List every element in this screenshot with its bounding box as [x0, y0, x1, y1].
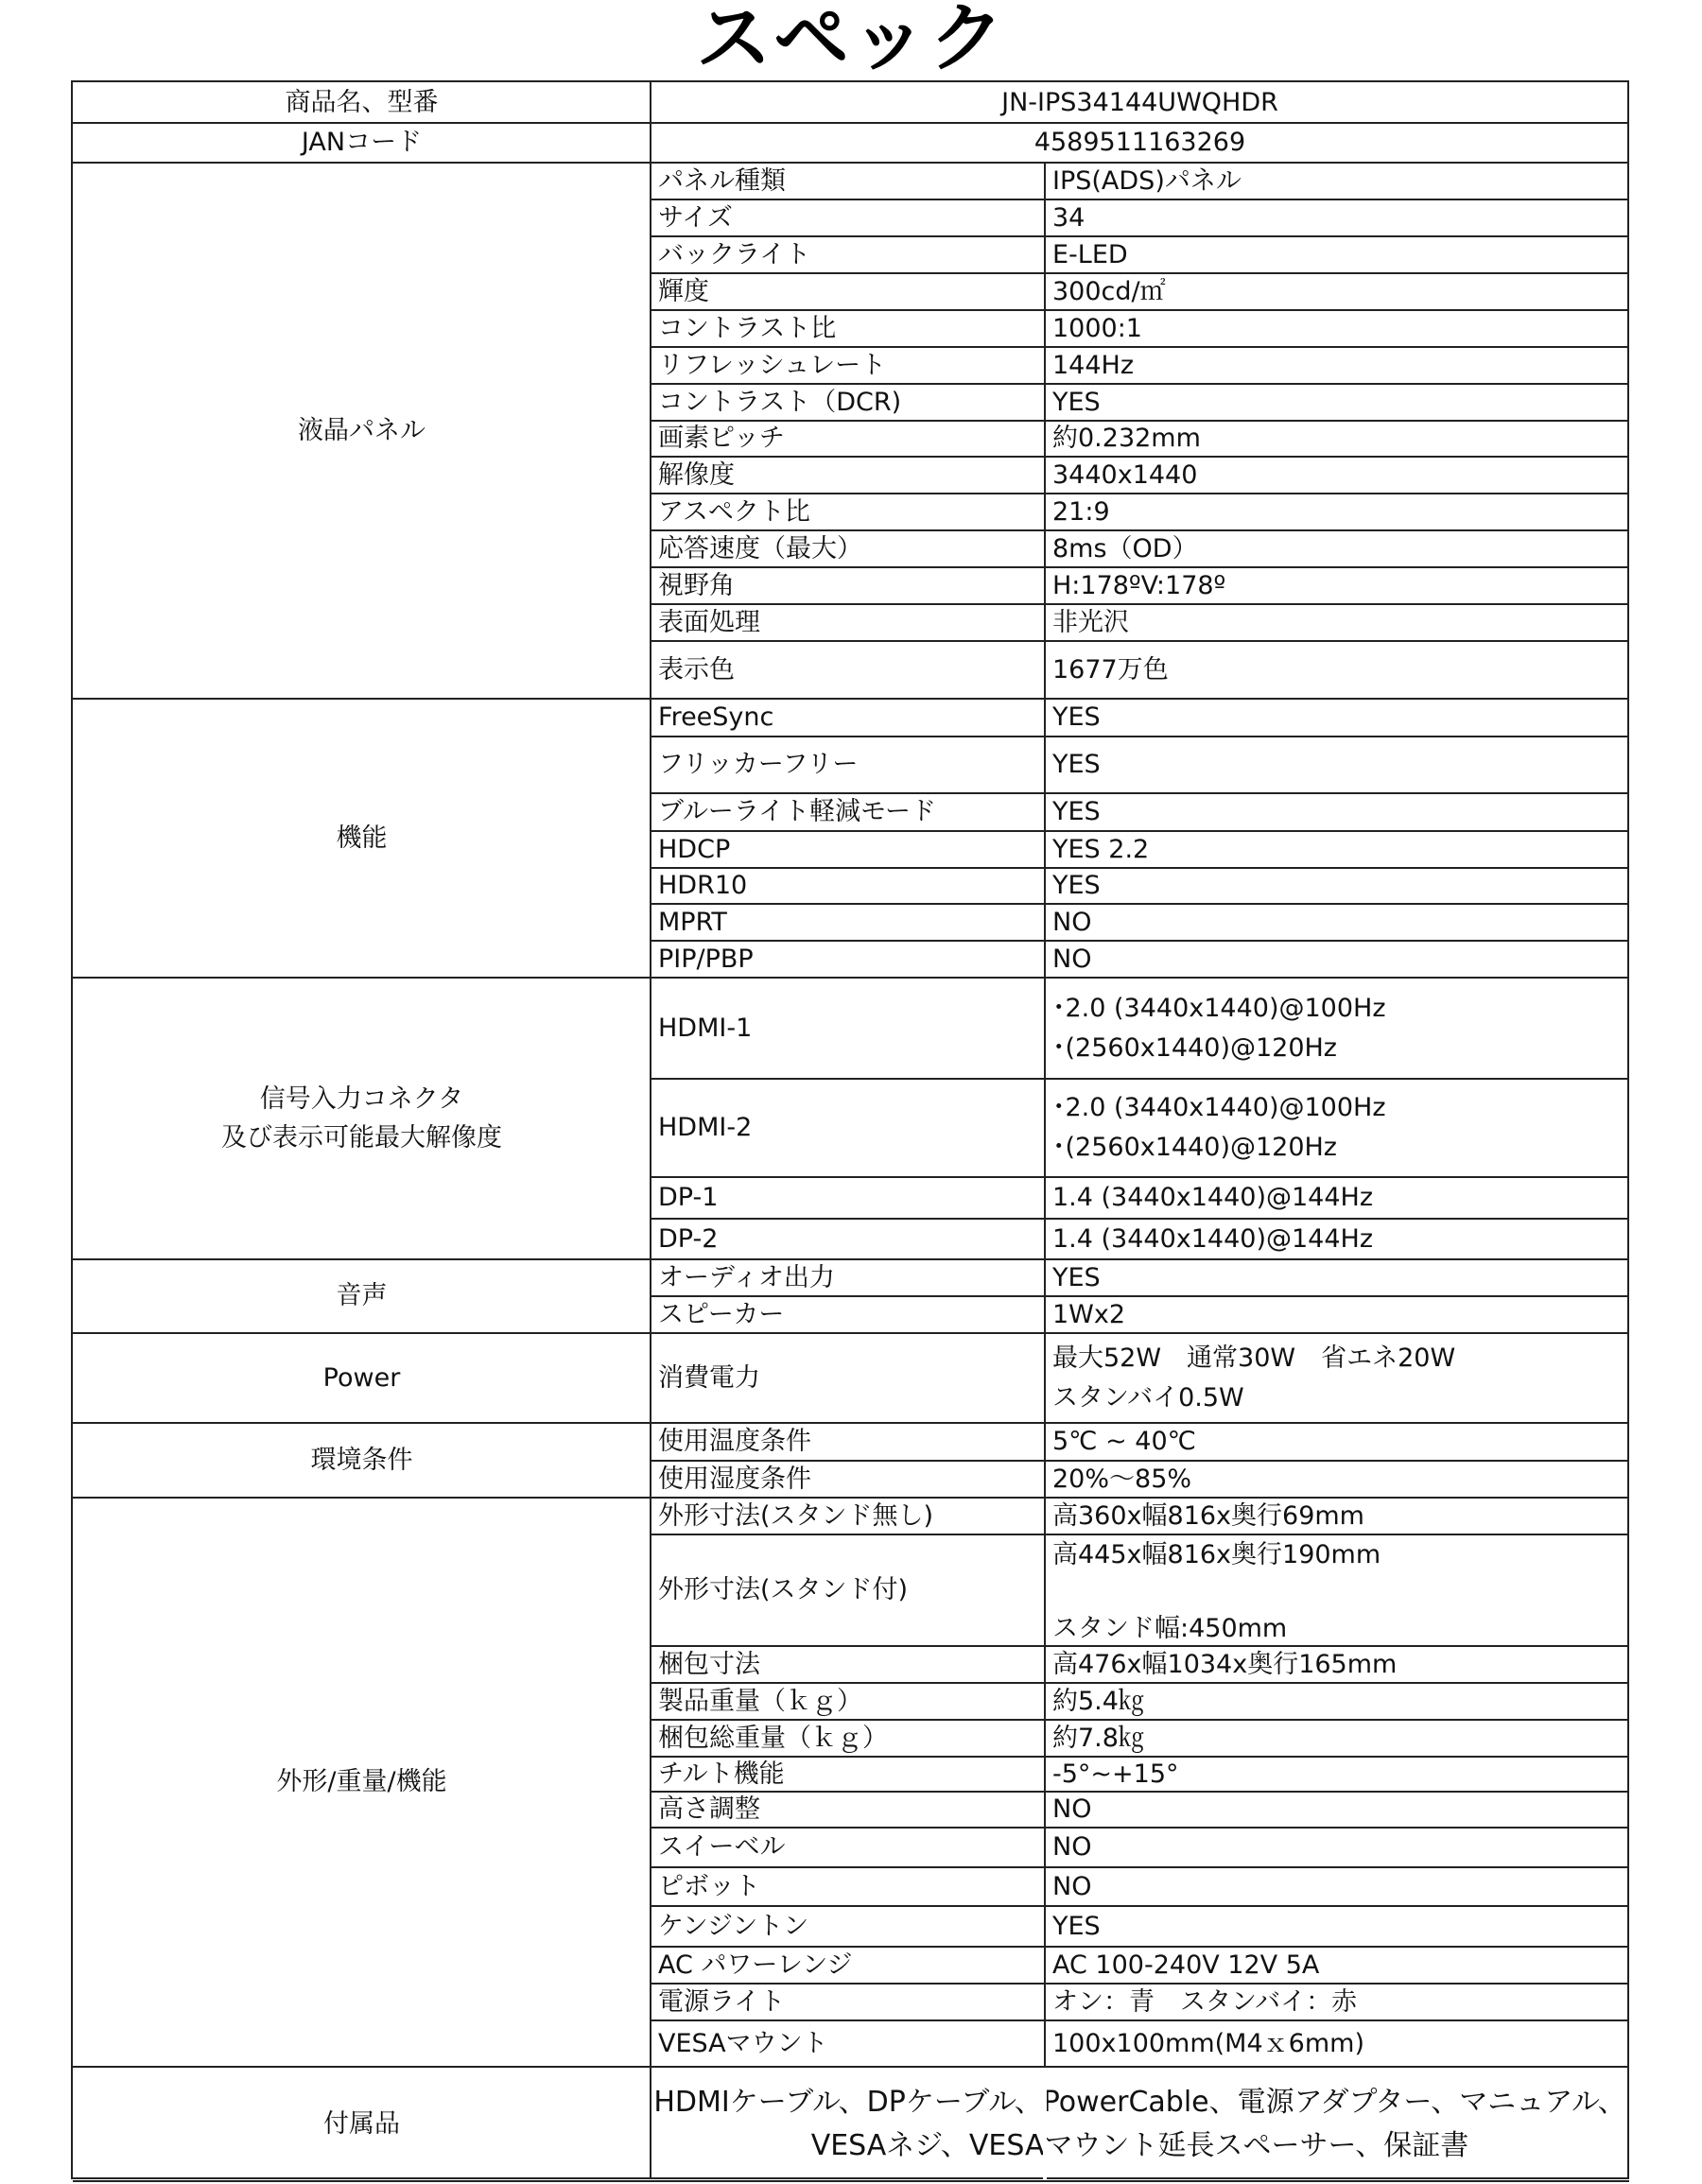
group-lcd-panel-label: 液晶パネル	[73, 163, 651, 699]
spec-value: 1677万色	[1045, 641, 1629, 699]
spec-label: 表面処理	[651, 604, 1045, 641]
spec-value: YES	[1045, 1259, 1629, 1296]
header-value-model: JN-IPS34144UWQHDR	[651, 82, 1629, 123]
spec-value-line: 高445x幅816x奥行190mm	[1052, 1538, 1381, 1572]
spec-value: E-LED	[1045, 236, 1629, 273]
spec-label: ブルーライト軽減モード	[651, 793, 1045, 831]
spec-label: 製品重量（ｋｇ）	[651, 1683, 1045, 1720]
spec-value: 1.4 (3440x1440)@144Hz	[1045, 1177, 1629, 1219]
group-accessories-label: 付属品	[73, 2067, 651, 2181]
spec-label: スピーカー	[651, 1296, 1045, 1333]
spec-label: DP-2	[651, 1219, 1045, 1259]
group-power-label: Power	[73, 1333, 651, 1423]
spec-label: 解像度	[651, 457, 1045, 494]
spec-value: H:178ºV:178º	[1045, 567, 1629, 604]
spec-label: 画素ピッチ	[651, 421, 1045, 457]
spec-value: AC 100-240V 12V 5A	[1045, 1947, 1629, 1984]
spec-label: サイズ	[651, 199, 1045, 236]
spec-label: HDR10	[651, 868, 1045, 904]
spec-value-line: ･2.0 (3440x1440)@100Hz	[1052, 1088, 1386, 1128]
group-features-label: 機能	[73, 699, 651, 978]
header-value-jan: 4589511163269	[651, 123, 1629, 163]
spec-value: 34	[1045, 199, 1629, 236]
spec-value: 1000:1	[1045, 310, 1629, 347]
spec-label: リフレッシュレート	[651, 347, 1045, 384]
spec-value: 1.4 (3440x1440)@144Hz	[1045, 1219, 1629, 1259]
spec-label: 高さ調整	[651, 1792, 1045, 1828]
spec-label: 輝度	[651, 273, 1045, 310]
group-audio-label: 音声	[73, 1259, 651, 1333]
spec-label: 梱包寸法	[651, 1646, 1045, 1683]
spec-label: 使用湿度条件	[651, 1461, 1045, 1498]
spec-value: 21:9	[1045, 494, 1629, 530]
spec-value: 非光沢	[1045, 604, 1629, 641]
header-label-model: 商品名、型番	[73, 82, 651, 123]
spec-label: コントラスト比	[651, 310, 1045, 347]
spec-value-line: 最大52W 通常30W 省エネ20W	[1052, 1339, 1455, 1378]
spec-label: コントラスト（DCR)	[651, 384, 1045, 421]
spec-value: 約5.4㎏	[1045, 1683, 1629, 1720]
spec-value-line: スタンド幅:450mm	[1052, 1612, 1287, 1646]
spec-value: 5℃ ~ 40℃	[1045, 1423, 1629, 1461]
spec-label: 視野角	[651, 567, 1045, 604]
spec-table: 商品名、型番 JN-IPS34144UWQHDR JANコード 45895111…	[71, 80, 1629, 2179]
spec-value: 高476x幅1034x奥行165mm	[1045, 1646, 1629, 1683]
spec-value: 100x100mm(M4ｘ6mm)	[1045, 2020, 1629, 2067]
spec-label: 梱包総重量（ｋｇ）	[651, 1720, 1045, 1757]
spec-label: ケンジントン	[651, 1906, 1045, 1947]
spec-value-line: スタンバイ0.5W	[1052, 1378, 1244, 1418]
spec-label: VESAマウント	[651, 2020, 1045, 2067]
spec-label: DP-1	[651, 1177, 1045, 1219]
spec-label: 電源ライト	[651, 1984, 1045, 2020]
spec-value: 高360x幅816x奥行69mm	[1045, 1498, 1629, 1534]
spec-value: NO	[1045, 1828, 1629, 1867]
spec-value: NO	[1045, 1867, 1629, 1906]
spec-label: HDMI-1	[651, 978, 1045, 1079]
spec-label: 外形寸法(スタンド付)	[651, 1534, 1045, 1646]
accessories-value: HDMIケーブル、DPケーブル、PowerCable、電源アダプター、マニュアル…	[651, 2067, 1629, 2181]
header-label-jan: JANコード	[73, 123, 651, 163]
spec-label: HDMI-2	[651, 1079, 1045, 1177]
spec-value: NO	[1045, 941, 1629, 978]
spec-label: AC パワーレンジ	[651, 1947, 1045, 1984]
spec-value: 約7.8㎏	[1045, 1720, 1629, 1757]
spec-value: YES	[1045, 1906, 1629, 1947]
group-signal-input-label: 信号入力コネクタ及び表示可能最大解像度	[73, 978, 651, 1259]
spec-value: オン：青 スタンバイ：赤	[1045, 1984, 1629, 2020]
spec-label: スイーベル	[651, 1828, 1045, 1867]
spec-value: 1Wx2	[1045, 1296, 1629, 1333]
spec-label: 外形寸法(スタンド無し)	[651, 1498, 1045, 1534]
spec-value: 高445x幅816x奥行190mmスタンド幅:450mm	[1045, 1534, 1629, 1646]
spec-value: YES	[1045, 793, 1629, 831]
spec-label: ピボット	[651, 1867, 1045, 1906]
spec-value: 約0.232mm	[1045, 421, 1629, 457]
spec-label: HDCP	[651, 831, 1045, 868]
spec-value: 最大52W 通常30W 省エネ20Wスタンバイ0.5W	[1045, 1333, 1629, 1423]
spec-label: アスペクト比	[651, 494, 1045, 530]
spec-label: 応答速度（最大）	[651, 530, 1045, 567]
group-label-line: 信号入力コネクタ	[260, 1080, 463, 1118]
spec-label: フリッカーフリー	[651, 737, 1045, 793]
spec-label: 使用温度条件	[651, 1423, 1045, 1461]
spec-value: 300cd/㎡	[1045, 273, 1629, 310]
spec-label: 表示色	[651, 641, 1045, 699]
spec-value: NO	[1045, 1792, 1629, 1828]
spec-label: バックライト	[651, 236, 1045, 273]
spec-label: チルト機能	[651, 1757, 1045, 1792]
spec-label: PIP/PBP	[651, 941, 1045, 978]
spec-value-line: ･2.0 (3440x1440)@100Hz	[1052, 989, 1386, 1029]
spec-label: パネル種類	[651, 163, 1045, 199]
spec-value: IPS(ADS)パネル	[1045, 163, 1629, 199]
spec-value: YES	[1045, 737, 1629, 793]
page-title: スペック	[0, 0, 1702, 78]
group-label-line: 及び表示可能最大解像度	[221, 1118, 502, 1157]
group-dimensions-label: 外形/重量/機能	[73, 1498, 651, 2067]
accessories-line: VESAネジ、VESAマウント延長スペーサー、保証書	[811, 2124, 1469, 2168]
spec-value: NO	[1045, 904, 1629, 941]
spec-value: -5°~+15°	[1045, 1757, 1629, 1792]
spec-label: FreeSync	[651, 699, 1045, 737]
spec-value: YES	[1045, 868, 1629, 904]
spec-label: MPRT	[651, 904, 1045, 941]
spec-value: 8ms（OD）	[1045, 530, 1629, 567]
spec-value: YES	[1045, 699, 1629, 737]
spec-value: ･2.0 (3440x1440)@100Hz･(2560x1440)@120Hz	[1045, 1079, 1629, 1177]
spec-value-line: ･(2560x1440)@120Hz	[1052, 1029, 1337, 1068]
spec-value: 144Hz	[1045, 347, 1629, 384]
accessories-line: HDMIケーブル、DPケーブル、PowerCable、電源アダプター、マニュアル…	[653, 2081, 1625, 2124]
spec-label: 消費電力	[651, 1333, 1045, 1423]
spec-value: 20%～85%	[1045, 1461, 1629, 1498]
spec-value: YES 2.2	[1045, 831, 1629, 868]
spec-label: オーディオ出力	[651, 1259, 1045, 1296]
group-environment-label: 環境条件	[73, 1423, 651, 1498]
spec-value: 3440x1440	[1045, 457, 1629, 494]
divider-mask	[1043, 2068, 1047, 2180]
spec-value: YES	[1045, 384, 1629, 421]
spec-value: ･2.0 (3440x1440)@100Hz･(2560x1440)@120Hz	[1045, 978, 1629, 1079]
spec-value-line: ･(2560x1440)@120Hz	[1052, 1128, 1337, 1168]
